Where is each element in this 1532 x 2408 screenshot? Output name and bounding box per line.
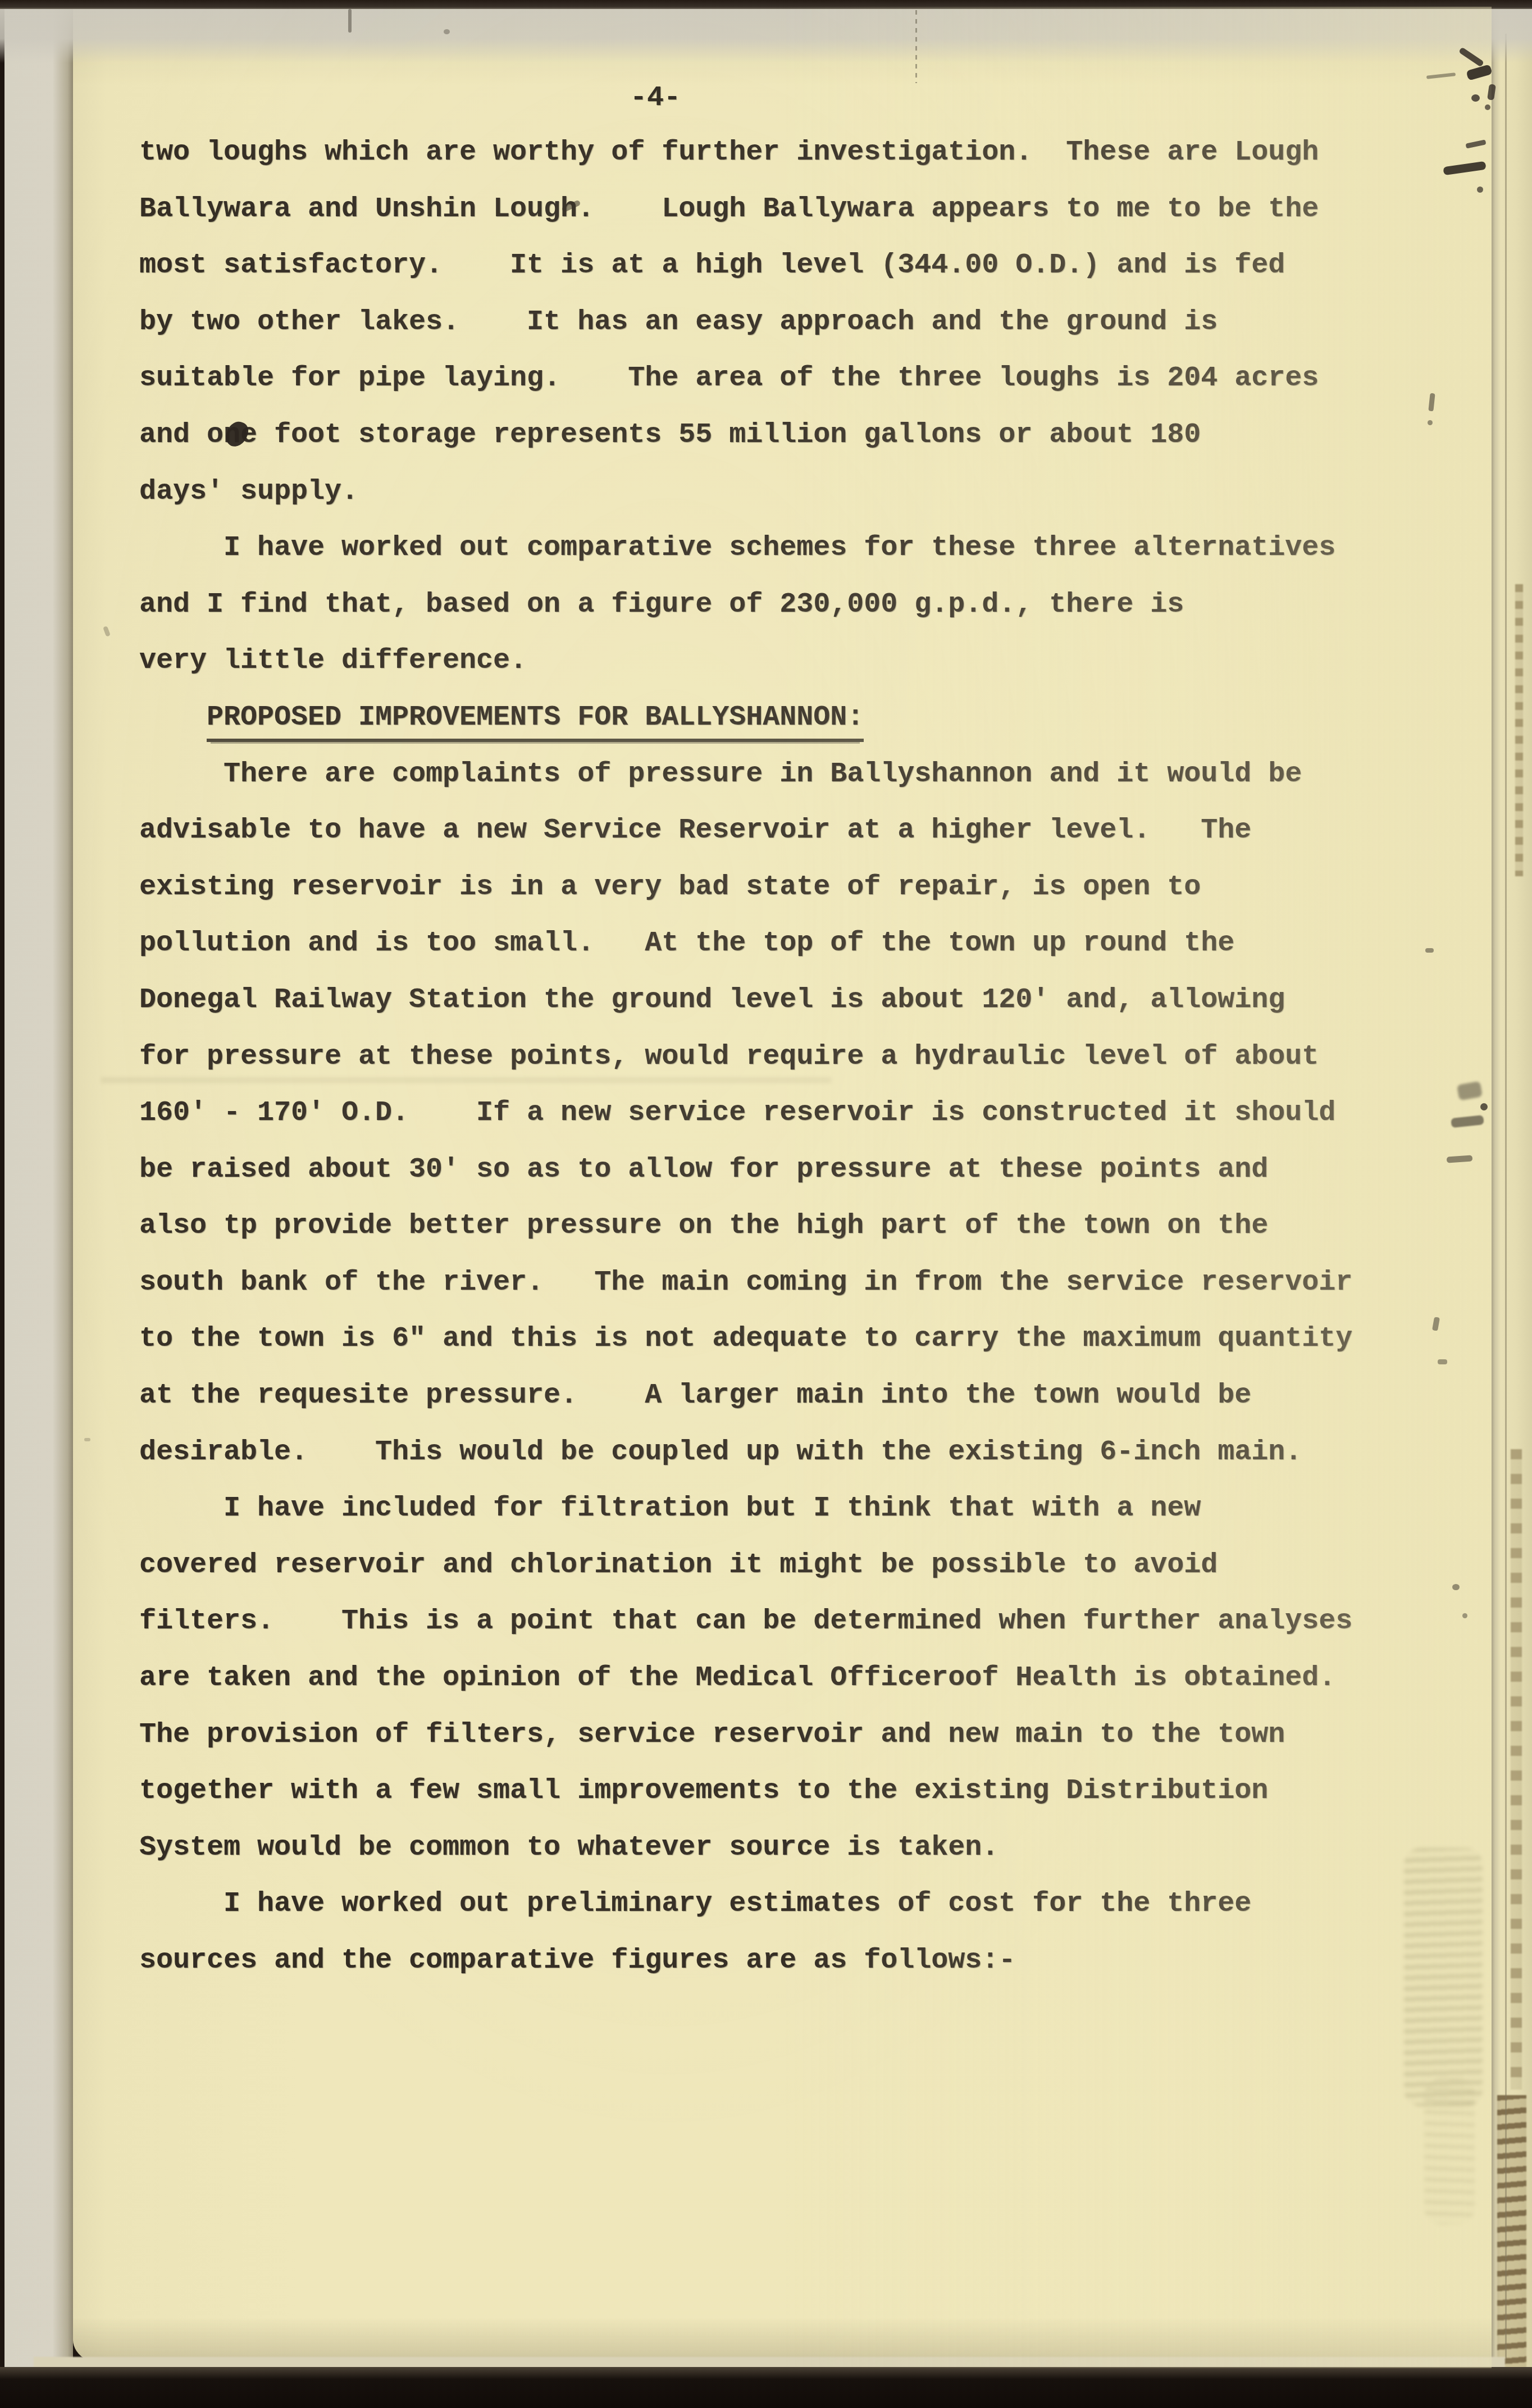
ink-speck (1462, 1613, 1467, 1618)
text-line: There are complaints of pressure in Ball… (139, 746, 1352, 803)
text-line: sources and the comparative figures are … (139, 1933, 1352, 1990)
text-line: pollution and is too small. At the top o… (139, 916, 1352, 972)
edge-stain (1497, 2095, 1526, 2368)
ink-speck (1438, 1359, 1447, 1364)
ink-speck (444, 29, 450, 34)
underlying-page-edge (4, 8, 73, 2368)
text-line: advisable to have a new Service Reservoi… (139, 803, 1352, 859)
text-line: for pressure at these points, would requ… (139, 1029, 1352, 1086)
ink-speck (1452, 1584, 1460, 1590)
text-line: most satisfactory. It is at a high level… (139, 238, 1352, 294)
edge-stain (1515, 584, 1523, 876)
text-line: Donegal Railway Station the ground level… (139, 972, 1352, 1029)
text-line: at the requesite pressure. A larger main… (139, 1368, 1352, 1424)
edge-crease (1505, 34, 1507, 2359)
ink-speck (1477, 186, 1483, 193)
ink-speck (1485, 104, 1490, 110)
ink-speck (1425, 948, 1434, 953)
bottom-border (0, 2367, 1532, 2408)
top-edge-shadow (0, 9, 1532, 63)
text-line: to the town is 6" and this is not adequa… (139, 1311, 1352, 1368)
text-line: suitable for pipe laying. The area of th… (139, 350, 1352, 407)
ink-speck (84, 1438, 90, 1441)
text-line: Ballywara and Unshin Lough. Lough Ballyw… (139, 181, 1352, 238)
text-line: by two other lakes. It has an easy appro… (139, 294, 1352, 351)
text-line: two loughs which are worthy of further i… (139, 125, 1352, 181)
section-heading-line: PROPOSED IMPROVEMENTS FOR BALLYSHANNON: (139, 690, 1352, 746)
text-line: I have worked out comparative schemes fo… (139, 520, 1352, 577)
text-line: and I find that, based on a figure of 23… (139, 577, 1352, 634)
section-heading: PROPOSED IMPROVEMENTS FOR BALLYSHANNON: (207, 702, 864, 742)
text-line: System would be common to whatever sourc… (139, 1820, 1352, 1877)
ink-speck (348, 9, 352, 33)
scanned-document-page: -4- two loughs which are worthy of furth… (0, 0, 1532, 2408)
text-line: be raised about 30' so as to allow for p… (139, 1142, 1352, 1199)
typewritten-text-block: two loughs which are worthy of further i… (139, 125, 1352, 1990)
text-line: south bank of the river. The main coming… (139, 1255, 1352, 1312)
text-line: are taken and the opinion of the Medical… (139, 1650, 1352, 1707)
text-line: also tp provide better pressure on the h… (139, 1198, 1352, 1255)
text-line: and one foot storage represents 55 milli… (139, 407, 1352, 464)
edge-stain (1511, 1449, 1522, 2090)
text-line: days' supply. (139, 464, 1352, 521)
text-line: together with a few small improvements t… (139, 1763, 1352, 1820)
text-line: I have worked out preliminary estimates … (139, 1876, 1352, 1933)
ink-speck (1480, 1103, 1488, 1110)
ghost-smudge (1424, 2078, 1475, 2224)
text-line: existing reservoir is in a very bad stat… (139, 859, 1352, 916)
text-line: covered reservoir and chlorination it mi… (139, 1537, 1352, 1594)
text-line: very little difference. (139, 633, 1352, 690)
scratch-mark (915, 10, 917, 83)
ink-speck (1428, 420, 1433, 425)
text-line: desirable. This would be coupled up with… (139, 1424, 1352, 1481)
text-line: I have included for filtration but I thi… (139, 1481, 1352, 1537)
page-number: -4- (630, 82, 681, 114)
ink-speck (1471, 94, 1480, 102)
ghost-smudge (1404, 1848, 1483, 2106)
text-line: filters. This is a point that can be det… (139, 1594, 1352, 1650)
text-line: The provision of filters, service reserv… (139, 1707, 1352, 1764)
text-line: 160' - 170' O.D. If a new service reserv… (139, 1085, 1352, 1142)
top-border (0, 0, 1532, 9)
